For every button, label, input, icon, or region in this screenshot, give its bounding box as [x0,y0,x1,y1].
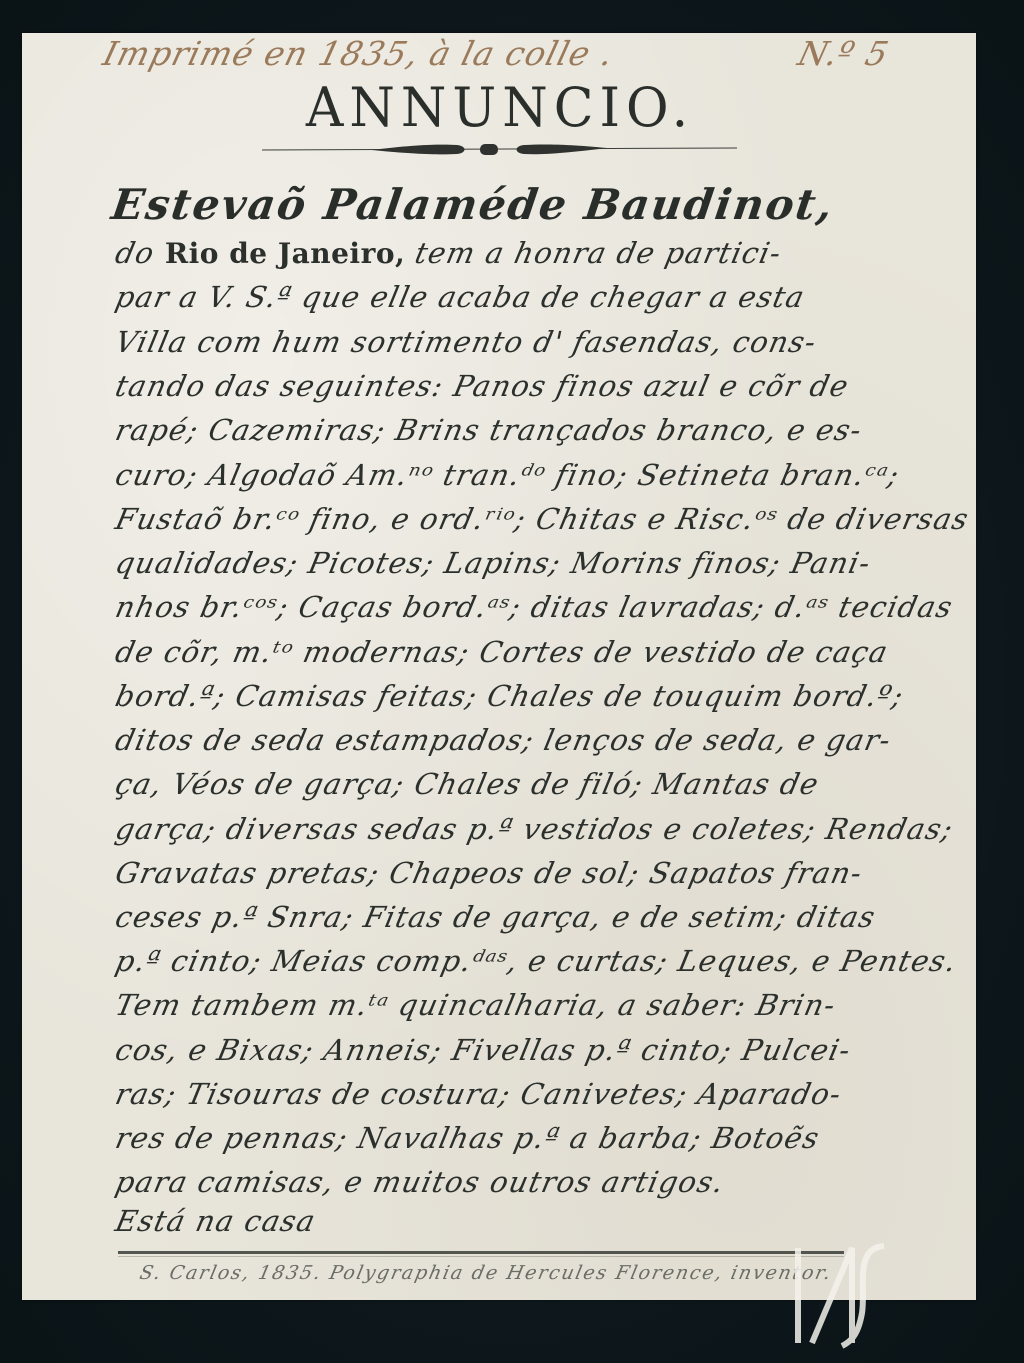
text-line-18: Tem tambem m.ᵗᵃ quincalharia, a saber: B… [112,988,839,1022]
text-line-8: qualidades; Picotes; Lapins; Morins fino… [112,546,874,580]
text-line-11: bord.ª; Camisas feitas; Chales de touqui… [112,679,907,713]
footer-rule [118,1251,844,1254]
text-line-14: garça; diversas sedas p.ª vestidos e col… [112,812,956,846]
text-line-1: do Rio de Janeiro, tem a honra de partic… [112,236,785,270]
merchant-name: Estevaõ Palaméde Baudinot, [109,180,838,229]
handwritten-note-text: Imprimé en 1835, à la colle . [99,34,618,73]
text-line-20: ras; Tisouras de costura; Canivetes; Apa… [112,1077,845,1111]
document-title: ANNUNCIO. [0,77,1000,140]
text-line-23: Está na casa [112,1204,319,1238]
text-line-4: tando das seguintes: Panos finos azul e … [112,369,852,403]
place-name-rio-de-janeiro: Rio de Janeiro, [165,237,405,270]
text-line-16: ceses p.ª Snra; Fitas de garça, e de set… [112,900,879,934]
text-line-3: Villa com hum sortimento d' fasendas, co… [112,325,820,359]
line-1-suffix: tem a honra de partici- [402,236,785,270]
text-line-9: nhos br.ᶜᵒˢ; Caças bord.ᵃˢ; ditas lavrad… [112,590,956,624]
text-line-7: Fustaõ br.ᶜᵒ fino, e ord.ʳⁱᵒ; Chitas e R… [112,502,972,536]
text-line-10: de cõr, m.ᵗᵒ modernas; Cortes de vestido… [112,635,891,669]
line-1-prefix: do [112,236,168,270]
title-ornament-divider [262,141,737,157]
text-line-15: Gravatas pretas; Chapeos de sol; Sapatos… [112,856,865,890]
text-line-13: ça, Véos de garça; Chales de filó; Manta… [112,767,822,801]
text-line-19: cos, e Bixas; Anneis; Fivellas p.ª cinto… [112,1033,854,1067]
text-line-21: res de pennas; Navalhas p.ª a barba; Bot… [112,1121,823,1155]
text-line-5: rapé; Cazemiras; Brins trançados branco,… [112,413,865,447]
text-line-6: curo; Algodaõ Am.ⁿᵒ tran.ᵈᵒ fino; Setine… [112,458,903,492]
handwritten-annotation: Imprimé en 1835, à la colle . N.º 5 [99,34,909,73]
text-line-2: par a V. S.ª que elle acaba de chegar a … [112,280,808,314]
printer-imprint: S. Carlos, 1835. Polygraphia de Hercules… [138,1262,835,1284]
text-line-17: p.ª cinto; Meias comp.ᵈᵃˢ, e curtas; Leq… [112,944,960,978]
handwritten-number: N.º 5 [794,34,893,73]
ims-watermark-logo [784,1218,894,1358]
text-line-12: ditos de seda estampados; lenços de seda… [112,723,894,757]
text-line-22: para camisas, e muitos outros artigos. [112,1165,727,1199]
